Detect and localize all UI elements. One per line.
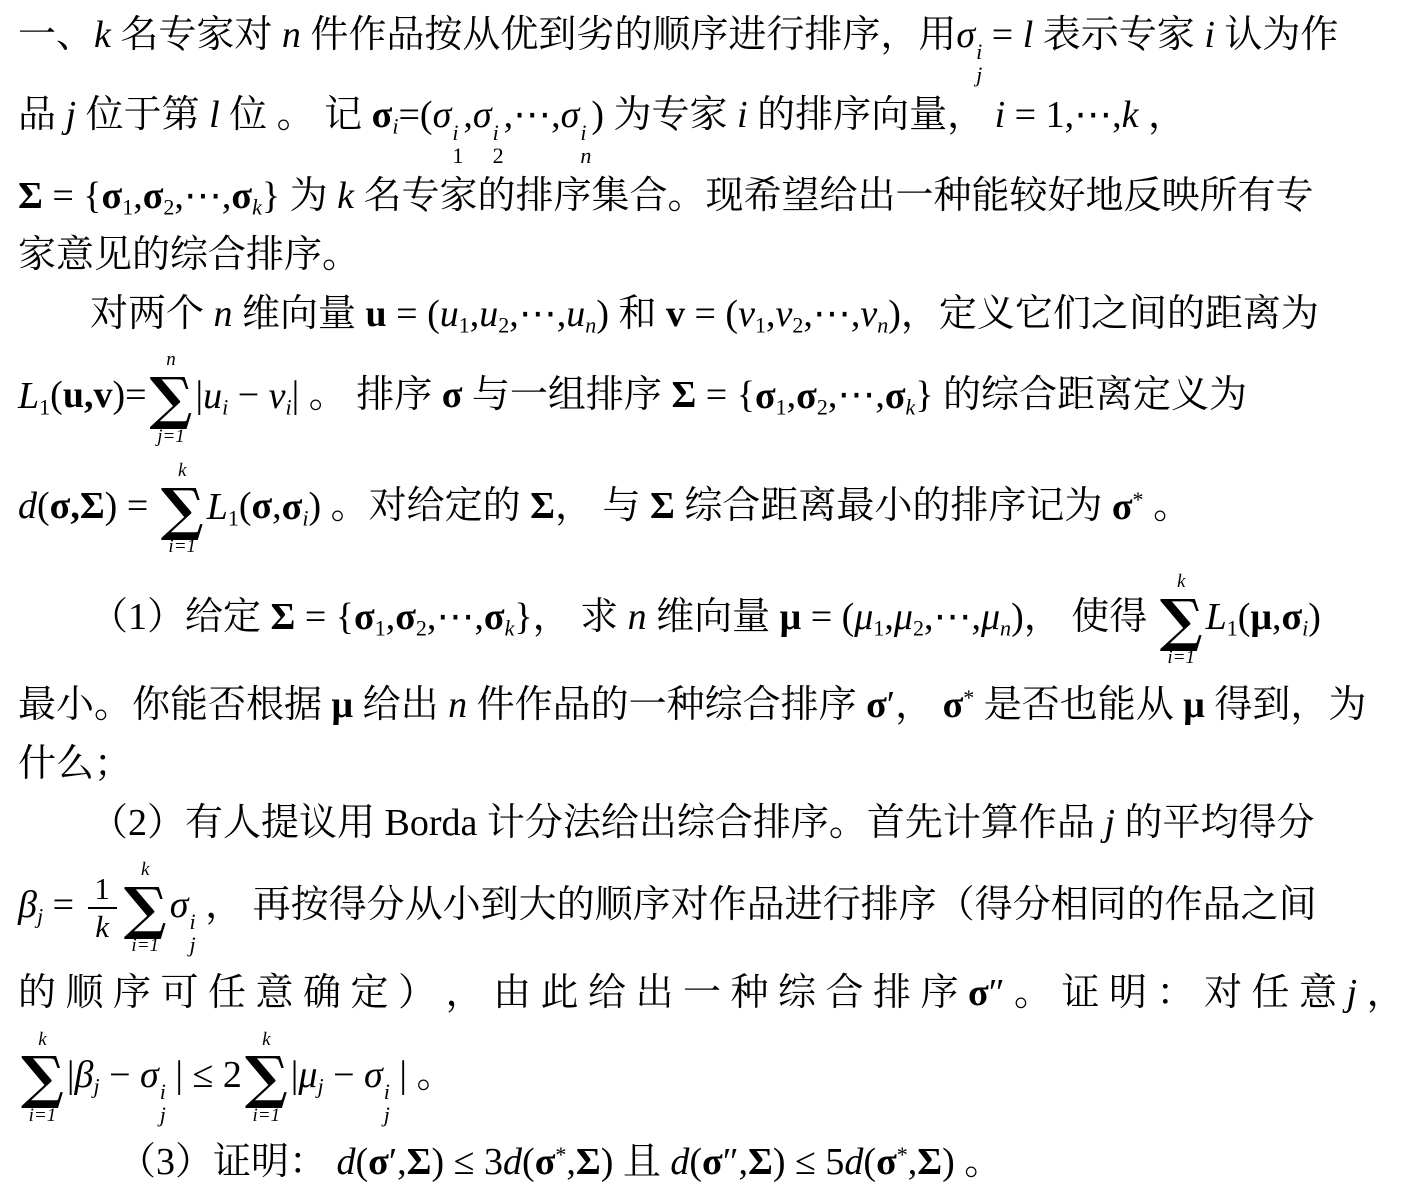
math-subscript: 1 [873, 616, 884, 641]
fraction: 1k [88, 871, 117, 945]
math-superscript: * [1133, 486, 1144, 511]
sigma-sum-symbol: ∑ [124, 882, 167, 935]
text-run: ) [1308, 596, 1321, 638]
text-run: ， 再按得分从小到大的顺序对作品进行排序（得分相同的作品之间 [196, 884, 1317, 926]
text-run: ,⋯, [924, 596, 981, 638]
sigma-sum-symbol: ∑ [1160, 594, 1203, 647]
text-line-13: 的 顺 序 可 任 意 确 定 ） ， 由 此 给 出 一 种 综 合 排 序 … [18, 964, 1394, 1023]
math-subscript: n [1000, 616, 1011, 641]
text-run: （2）有人提议用 Borda 计分法给出综合排序。首先计算作品 [90, 802, 1104, 844]
math-bold-variable: u,v [63, 375, 113, 417]
math-variable: l [1023, 14, 1034, 56]
math-subscript-group: σi [372, 86, 399, 145]
math-subscript-group: βj [18, 876, 43, 935]
math-base: σ [561, 94, 580, 136]
math-subscript-group: ui [203, 367, 228, 426]
text-run: | [195, 375, 203, 417]
text-run: − [100, 1054, 140, 1096]
text-run: = { [295, 596, 354, 638]
summation-lower-limit: j=1 [157, 426, 185, 449]
sigma-sum-symbol: ∑ [21, 1051, 64, 1104]
math-subscript: n [580, 144, 591, 167]
document-body: 一、k 名专家对 n 件作品按从优到劣的顺序进行排序，用σij = l 表示专家… [0, 0, 1412, 1192]
math-bold-variable: σ [252, 486, 273, 528]
text-run: 名专家对 [111, 14, 282, 56]
math-base: σ [143, 175, 164, 217]
math-subscript: k [252, 194, 262, 219]
text-run: , [908, 1141, 918, 1183]
text-run: ) 且 [601, 1141, 671, 1183]
math-base: u [440, 293, 459, 335]
math-subscript-group: μ1 [854, 588, 884, 647]
math-variable: i [1204, 14, 1215, 56]
math-subscript-group: σi [282, 478, 309, 537]
text-line-7: d(σ,Σ) = k∑i=1L1(σ,σi) 。对给定的 Σ， 与 Σ 综合距离… [18, 454, 1394, 565]
text-run: ) 。对给定的 [308, 486, 530, 528]
math-base: L [18, 375, 39, 417]
text-run: ′， [887, 684, 943, 726]
text-run: ,⋯, [427, 596, 484, 638]
text-run: 维向量 [233, 293, 366, 335]
text-line-6: L1(u,v)=n∑j=1|ui − vi| 。 排序 σ 与一组排序 Σ = … [18, 343, 1394, 454]
text-run: ， 与 [555, 486, 650, 528]
text-run: , [463, 94, 473, 136]
text-run: ， [1138, 94, 1186, 136]
math-base: σ [755, 375, 776, 417]
math-subscript-group: u1 [440, 285, 470, 344]
math-subscript-group: μn [981, 588, 1011, 647]
math-variable: j [1104, 802, 1115, 844]
text-run: )， 使得 [1011, 596, 1157, 638]
text-run: )= [112, 375, 146, 417]
math-base: σ [473, 94, 492, 136]
text-run: ) 。 [942, 1141, 1002, 1183]
math-bold-variable: σ [968, 972, 989, 1014]
math-base: σ [372, 94, 393, 136]
text-run: 对两个 [90, 293, 214, 335]
math-subsup-group: σi1 [433, 86, 464, 166]
math-variable: d [503, 1141, 522, 1183]
text-run: , [884, 596, 894, 638]
math-base: σ [282, 486, 303, 528]
math-base: σ [885, 375, 906, 417]
math-base: σ [354, 596, 375, 638]
math-base: σ [796, 375, 817, 417]
math-bold-variable: σ,Σ [50, 486, 105, 528]
summation-lower-limit: i=1 [131, 935, 159, 958]
math-variable: i [737, 94, 748, 136]
fraction-numerator: 1 [88, 871, 117, 909]
text-run: = { [43, 175, 102, 217]
math-subscript-group: σ1 [102, 167, 134, 226]
text-run: ( [863, 1141, 876, 1183]
math-bold-variable: u [366, 293, 387, 335]
text-run: , [766, 293, 776, 335]
math-subscript: 2 [913, 616, 924, 641]
text-run: 最小。你能否根据 [18, 684, 332, 726]
math-bold-variable: Σ [748, 1141, 773, 1183]
text-run: 是否也能从 [974, 684, 1183, 726]
text-run: ,⋯, [828, 375, 885, 417]
math-subscript-group: σ2 [395, 588, 427, 647]
math-variable: d [670, 1141, 689, 1183]
math-base: σ [102, 175, 123, 217]
text-line-9: 最小。你能否根据 μ 给出 n 件作品的一种综合排序 σ′， σ* 是否也能从 … [18, 676, 1394, 735]
math-bold-variable: μ [332, 684, 354, 726]
math-variable: d [844, 1141, 863, 1183]
math-subscript: 2 [163, 194, 174, 219]
sigma-sum-symbol: ∑ [161, 483, 204, 536]
math-subscript-group: vn [860, 285, 888, 344]
summation-operator: k∑i=1 [1160, 571, 1203, 670]
math-bold-variable: Σ [917, 1141, 942, 1183]
text-run: 得到，为 [1205, 684, 1367, 726]
text-run: 表示专家 [1033, 14, 1204, 56]
text-line-10: 什么； [18, 735, 1394, 794]
math-subscript-group: v2 [775, 285, 803, 344]
math-subscript: 1 [452, 144, 463, 167]
text-line-14: k∑i=1|βj − σij | ≤ 2k∑i=1|μj − σij | 。 [18, 1023, 1394, 1134]
math-subscript: 1 [776, 394, 787, 419]
text-run: ) 为专家 [591, 94, 737, 136]
math-base: σ [535, 1141, 556, 1183]
math-superscript-group: σ* [943, 676, 975, 735]
math-subsup-stack: in [580, 121, 591, 167]
summation-operator: k∑i=1 [21, 1029, 64, 1128]
summation-operator: k∑i=1 [245, 1029, 288, 1128]
math-superscript: * [555, 1142, 566, 1167]
math-subsup-group: σij [364, 1046, 390, 1126]
math-superscript: * [963, 685, 974, 710]
text-run: , [787, 375, 797, 417]
summation-operator: k∑i=1 [161, 460, 204, 559]
math-subsup-group: σij [956, 6, 982, 86]
text-run: , [386, 596, 396, 638]
text-run: , [1272, 596, 1282, 638]
math-base: μ [894, 596, 913, 638]
text-run: 。 [1144, 486, 1192, 528]
text-run: ″ 。 证 明 ： 对 任 意 [989, 972, 1347, 1014]
text-run: | 。 排序 [292, 375, 442, 417]
math-bold-variable: σ [442, 375, 463, 417]
text-run: 综合距离最小的排序记为 [675, 486, 1112, 528]
math-base: σ [170, 884, 189, 926]
text-run: ( [689, 1141, 702, 1183]
text-run: 名专家的排序集合。现希望给出一种能较好地反映所有专 [354, 175, 1314, 217]
math-variable: l [209, 94, 220, 136]
math-subscript: 2 [493, 144, 504, 167]
text-line-8: （1）给定 Σ = {σ1,σ2,⋯,σk}， 求 n 维向量 μ = (μ1,… [18, 565, 1394, 676]
math-subscript: k [505, 616, 515, 641]
math-superscript: i [493, 121, 499, 144]
math-subscript-group: σ2 [143, 167, 175, 226]
math-base: σ [876, 1141, 897, 1183]
text-run: | ≤ 2 [166, 1054, 242, 1096]
math-bold-variable: Σ [650, 486, 675, 528]
text-run: 什么； [18, 743, 132, 785]
text-run: ( [522, 1141, 535, 1183]
sigma-sum-symbol: ∑ [245, 1051, 288, 1104]
math-bold-variable: Σ [530, 486, 555, 528]
math-base: β [75, 1054, 94, 1096]
text-run: | 。 [390, 1054, 455, 1096]
text-line-5: 对两个 n 维向量 u = (u1,u2,⋯,un) 和 v = (v1,v2,… [18, 285, 1394, 344]
math-base: σ [956, 14, 975, 56]
text-run: ( [356, 1141, 369, 1183]
math-subsup-group: σin [561, 86, 592, 166]
math-subscript: j [976, 63, 982, 86]
text-run: ) ≤ 3 [432, 1141, 504, 1183]
math-subscript: n [877, 312, 888, 337]
math-subscript: j [384, 1103, 390, 1126]
math-base: v [269, 375, 286, 417]
text-run: = ( [685, 293, 738, 335]
math-subscript-group: vi [269, 367, 292, 426]
text-run: )，定义它们之间的距离为 [888, 293, 1319, 335]
text-run: = ( [801, 596, 854, 638]
text-run: 给出 [353, 684, 448, 726]
text-run: 的排序向量， [748, 94, 995, 136]
math-subsup-stack: i1 [452, 121, 463, 167]
text-run: }， 求 [514, 596, 627, 638]
math-variable: n [448, 684, 467, 726]
math-variable: k [1122, 94, 1139, 136]
text-run: 件作品的一种综合排序 [467, 684, 866, 726]
summation-lower-limit: i=1 [253, 1105, 281, 1128]
math-subscript: 2 [792, 312, 803, 337]
math-bold-variable: σ [866, 684, 887, 726]
text-run: =( [398, 94, 432, 136]
math-base: u [479, 293, 498, 335]
math-subscript-group: σi [1282, 588, 1309, 647]
text-run: ( [1238, 596, 1251, 638]
math-subscript-group: L1 [18, 367, 50, 426]
math-base: σ [395, 596, 416, 638]
math-subscript-group: μj [298, 1046, 323, 1105]
text-run: ) 和 [596, 293, 666, 335]
fraction-denominator: k [95, 909, 109, 945]
text-run: 维向量 [647, 596, 780, 638]
math-subscript-group: σ2 [796, 367, 828, 426]
math-base: μ [981, 596, 1000, 638]
summation-lower-limit: i=1 [168, 536, 196, 559]
math-subscript: 1 [755, 312, 766, 337]
math-subscript: j [189, 933, 195, 956]
text-run: , [566, 1141, 576, 1183]
math-base: u [203, 375, 222, 417]
math-subscript: 1 [375, 616, 386, 641]
math-subscript: j [160, 1103, 166, 1126]
text-run: 的 顺 序 可 任 意 确 定 ） ， 由 此 给 出 一 种 综 合 排 序 [18, 972, 968, 1014]
math-superscript: * [897, 1142, 908, 1167]
math-subscript-group: μ2 [894, 588, 924, 647]
math-subscript: 1 [39, 394, 50, 419]
math-bold-variable: σ [368, 1141, 389, 1183]
text-run: ,⋯, [803, 293, 860, 335]
math-base: σ [1282, 596, 1303, 638]
math-base: σ [231, 175, 252, 217]
math-superscript: i [452, 121, 458, 144]
text-run: ,⋯, [174, 175, 231, 217]
math-subscript: 2 [416, 616, 427, 641]
text-run: = [982, 14, 1022, 56]
summation-operator: k∑i=1 [124, 859, 167, 958]
math-base: v [775, 293, 792, 335]
summation-lower-limit: i=1 [29, 1105, 57, 1128]
text-run: ) ≤ 5 [773, 1141, 845, 1183]
text-run: 品 [18, 94, 66, 136]
math-bold-variable: Σ [407, 1141, 432, 1183]
math-subscript-group: σ1 [354, 588, 386, 647]
text-line-4: 家意见的综合排序。 [18, 226, 1394, 285]
math-bold-variable: Σ [576, 1141, 601, 1183]
math-subscript-group: σk [885, 367, 915, 426]
text-run: ( [239, 486, 252, 528]
math-variable: n [214, 293, 233, 335]
text-run: 认为作 [1215, 14, 1339, 56]
text-line-3: Σ = {σ1,σ2,⋯,σk} 为 k 名专家的排序集合。现希望给出一种能较好… [18, 167, 1394, 226]
math-variable: d [18, 486, 37, 528]
math-bold-variable: μ [1250, 596, 1272, 638]
math-base: σ [140, 1054, 159, 1096]
text-run: ( [50, 375, 63, 417]
math-bold-variable: μ [780, 596, 802, 638]
math-bold-variable: μ [1183, 684, 1205, 726]
text-run: , [470, 293, 480, 335]
math-subscript: 2 [817, 394, 828, 419]
math-base: σ [433, 94, 452, 136]
math-subscript: 2 [498, 312, 509, 337]
math-base: L [1206, 596, 1227, 638]
math-variable: n [282, 14, 301, 56]
text-run: , [272, 486, 282, 528]
sigma-sum-symbol: ∑ [150, 372, 193, 425]
math-base: u [566, 293, 585, 335]
text-run: 的平均得分 [1115, 802, 1315, 844]
math-bold-variable: Σ [18, 175, 43, 217]
math-bold-variable: Σ [671, 375, 696, 417]
math-subscript: 1 [1227, 616, 1238, 641]
math-bold-variable: v [666, 293, 685, 335]
text-run: ,⋯, [509, 293, 566, 335]
math-subscript: n [585, 312, 596, 337]
math-base: σ [943, 684, 964, 726]
math-subscript-group: v1 [738, 285, 766, 344]
math-base: σ [364, 1054, 383, 1096]
text-run: （1）给定 [90, 596, 271, 638]
text-run: ′, [389, 1141, 407, 1183]
math-subscript: 1 [122, 194, 133, 219]
math-variable: i [995, 94, 1006, 136]
text-run: ) = [105, 486, 158, 528]
text-run: 与一组排序 [462, 375, 671, 417]
math-base: L [207, 486, 228, 528]
math-superscript-group: σ* [876, 1133, 908, 1192]
math-subscript: 1 [228, 505, 239, 530]
math-subscript-group: σk [484, 588, 514, 647]
text-run: 位 。 记 [220, 94, 372, 136]
math-superscript-group: σ* [535, 1133, 567, 1192]
text-run: 位于第 [76, 94, 209, 136]
math-subsup-group: σij [140, 1046, 166, 1126]
text-run: ,⋯, [504, 94, 561, 136]
text-run: = 1,⋯, [1005, 94, 1121, 136]
math-base: σ [1112, 486, 1133, 528]
text-run: = ( [387, 293, 440, 335]
text-run: （3）证明： [118, 1141, 337, 1183]
text-run: ( [37, 486, 50, 528]
math-subsup-stack: i2 [493, 121, 504, 167]
math-subscript-group: σk [231, 167, 261, 226]
math-variable: k [337, 175, 354, 217]
math-subscript-group: L1 [1206, 588, 1238, 647]
text-line-11: （2）有人提议用 Borda 计分法给出综合排序。首先计算作品 j 的平均得分 [18, 794, 1394, 853]
text-run: } 为 [262, 175, 337, 217]
math-variable: k [94, 14, 111, 56]
text-line-15: （3）证明： d(σ′,Σ) ≤ 3d(σ*,Σ) 且 d(σ″,Σ) ≤ 5d… [18, 1133, 1394, 1192]
text-line-1: 一、k 名专家对 n 件作品按从优到劣的顺序进行排序，用σij = l 表示专家… [18, 6, 1394, 86]
math-base: μ [854, 596, 873, 638]
math-bold-variable: Σ [271, 596, 296, 638]
text-run: − [324, 1054, 364, 1096]
text-run: − [228, 375, 268, 417]
text-line-2: 品 j 位于第 l 位 。 记 σi=(σi1,σi2,⋯,σin) 为专家 i… [18, 86, 1394, 166]
text-run: 件作品按从优到劣的顺序进行排序，用 [301, 14, 957, 56]
text-run: | [67, 1054, 75, 1096]
math-subscript-group: u2 [479, 285, 509, 344]
text-run: 家意见的综合排序。 [18, 234, 360, 276]
summation-operator: n∑j=1 [150, 349, 193, 448]
text-run: ″, [723, 1141, 748, 1183]
math-subscript-group: βj [75, 1046, 100, 1105]
math-subscript: k [906, 394, 916, 419]
math-variable: j [66, 94, 77, 136]
text-run: 一、 [18, 14, 94, 56]
text-run: } 的综合距离定义为 [915, 375, 1247, 417]
summation-lower-limit: i=1 [1167, 647, 1195, 670]
math-subsup-group: σi2 [473, 86, 504, 166]
math-base: σ [484, 596, 505, 638]
math-superscript-group: σ* [1112, 478, 1144, 537]
math-subscript: 1 [459, 312, 470, 337]
math-bold-variable: σ [702, 1141, 723, 1183]
math-subscript-group: σ1 [755, 367, 787, 426]
text-line-12: βj = 1kk∑i=1σij ， 再按得分从小到大的顺序对作品进行排序（得分相… [18, 853, 1394, 964]
math-subscript-group: L1 [207, 478, 239, 537]
text-run: ， [1357, 972, 1405, 1014]
text-run: , [133, 175, 143, 217]
math-superscript: i [580, 121, 586, 144]
math-base: v [860, 293, 877, 335]
text-run: = [43, 884, 83, 926]
math-subscript-group: un [566, 285, 596, 344]
math-variable: d [337, 1141, 356, 1183]
math-base: v [738, 293, 755, 335]
math-variable: j [1347, 972, 1358, 1014]
math-base: β [18, 884, 37, 926]
math-variable: n [628, 596, 647, 638]
math-subsup-group: σij [170, 876, 196, 956]
math-base: μ [298, 1054, 317, 1096]
text-run: = { [696, 375, 755, 417]
